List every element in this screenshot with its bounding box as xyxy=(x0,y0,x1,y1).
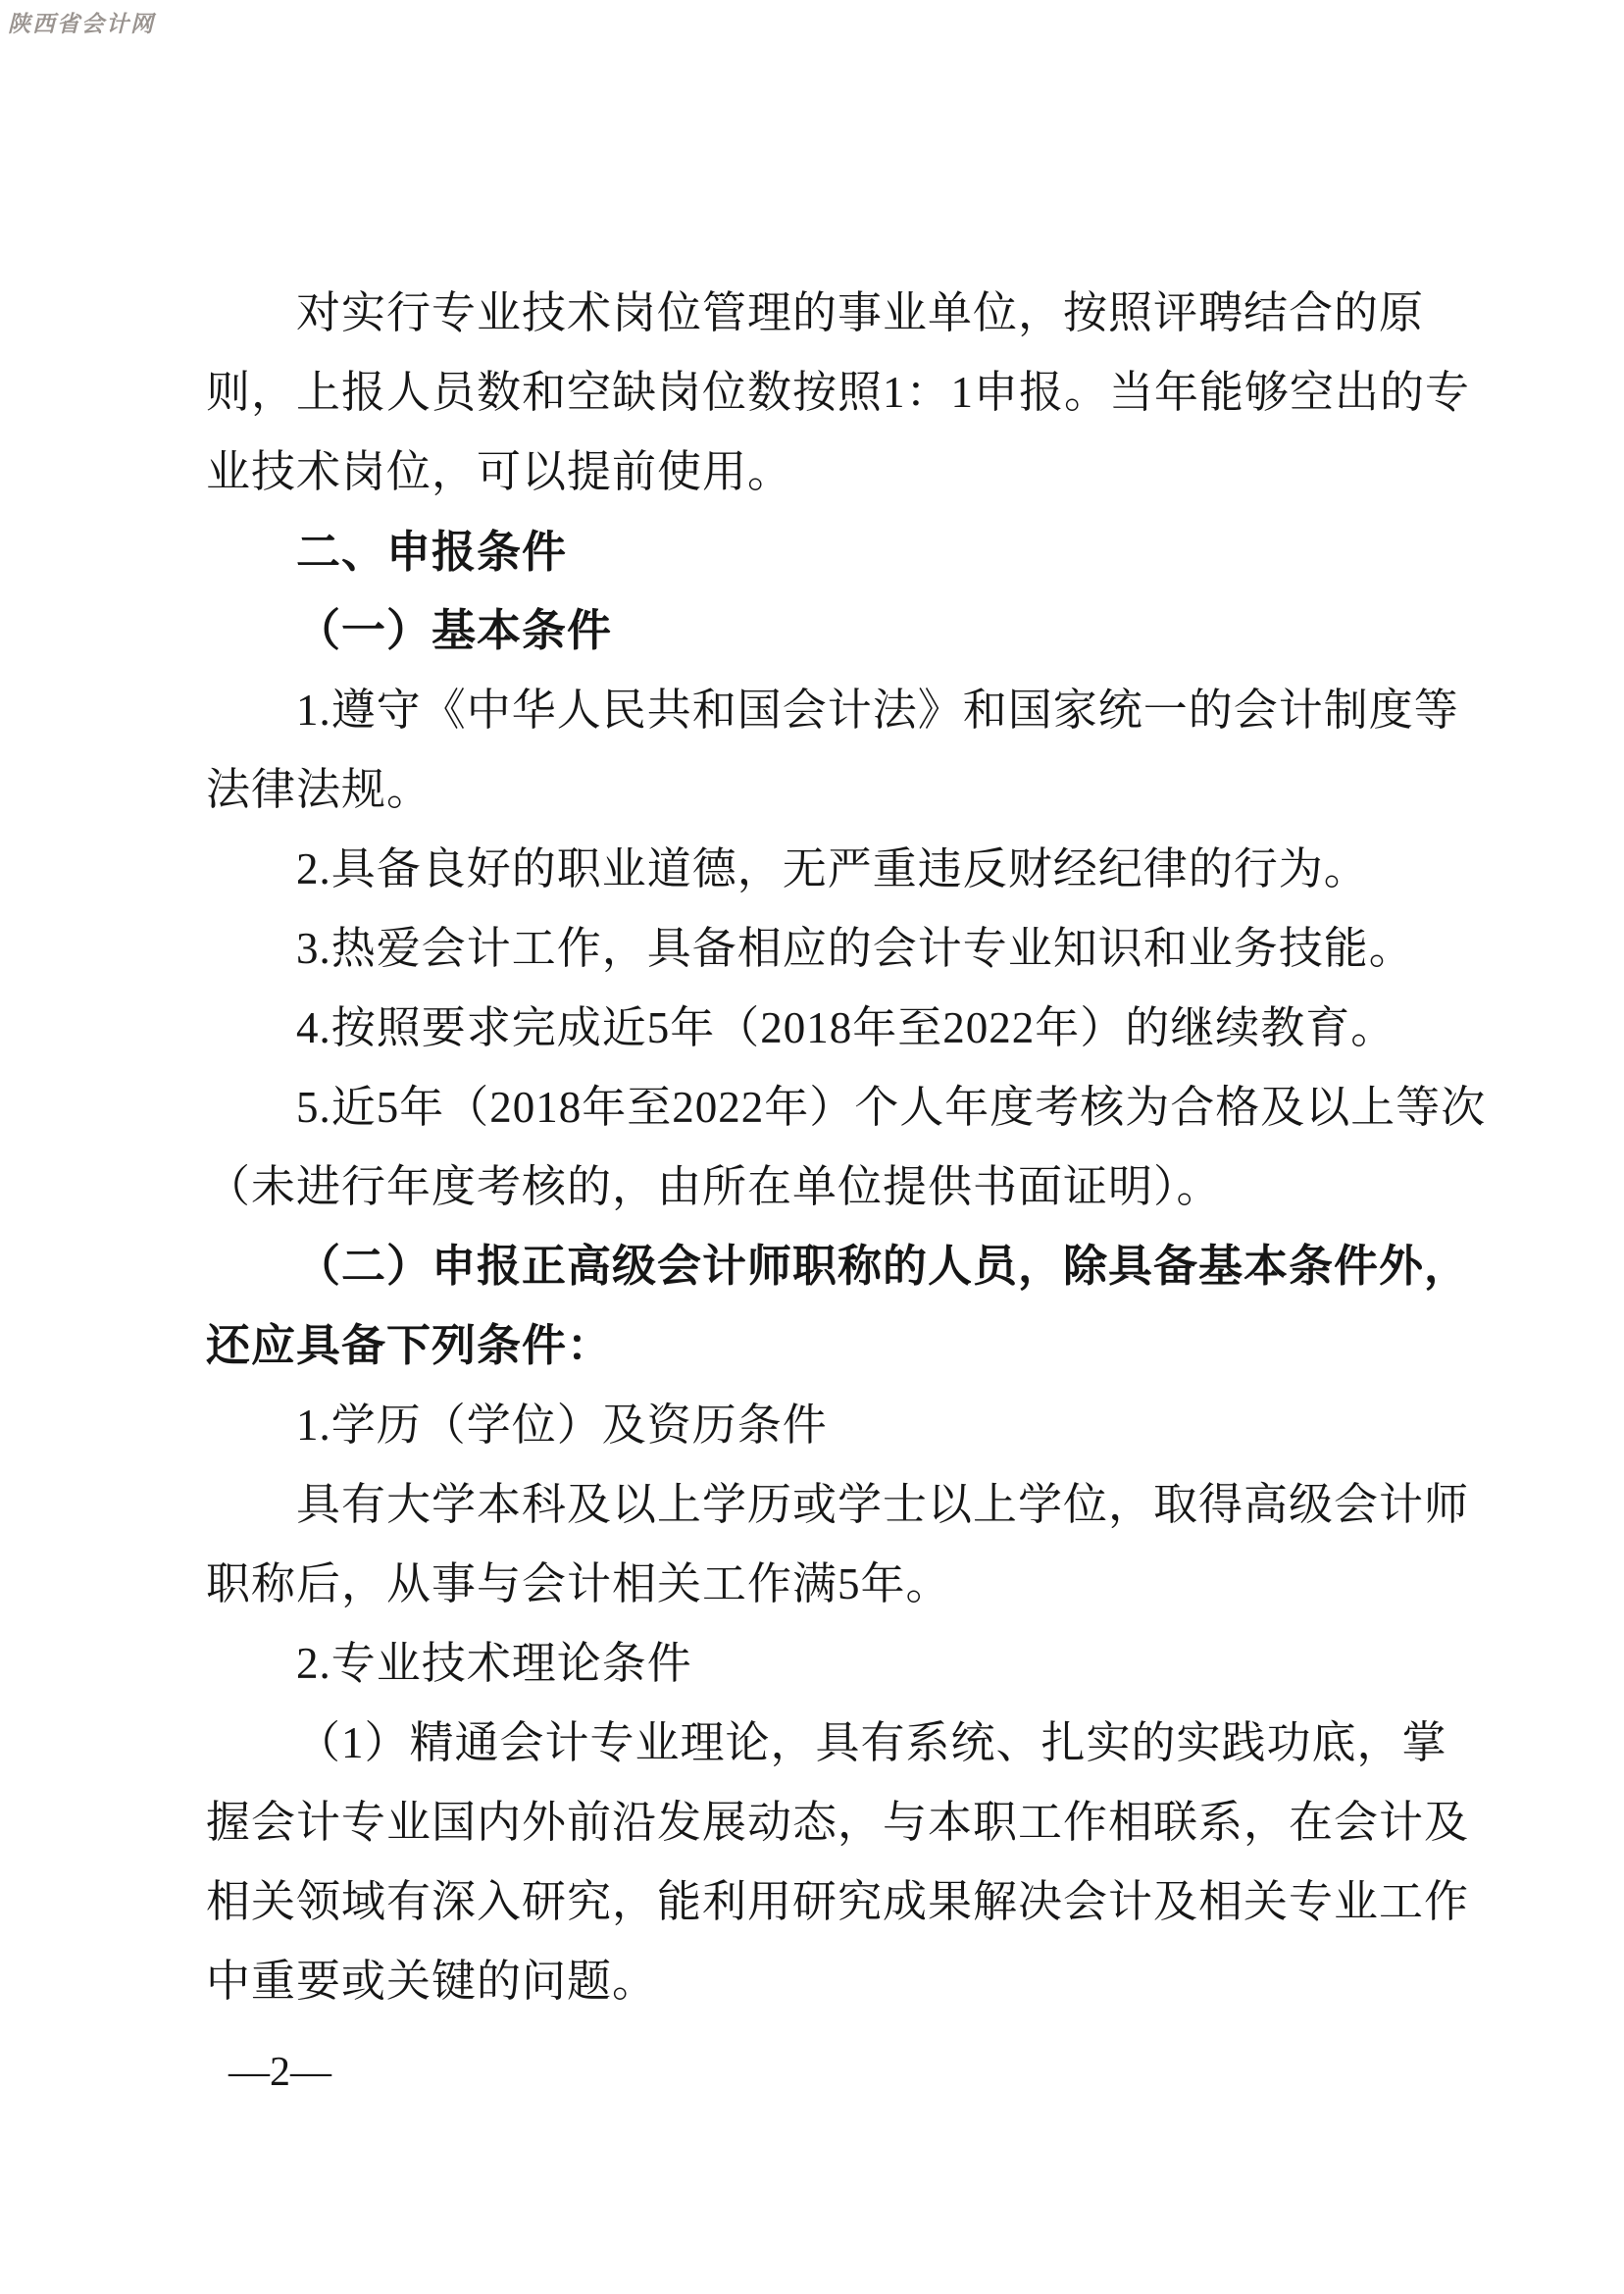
document-line: 二、申报条件 xyxy=(206,512,1432,591)
document-line: （未进行年度考核的，由所在单位提供书面证明）。 xyxy=(206,1147,1432,1227)
document-line: （二）申报正高级会计师职称的人员，除具备基本条件外， xyxy=(206,1227,1432,1306)
document-line: 职称后，从事与会计相关工作满5年。 xyxy=(206,1545,1432,1624)
document-line: 中重要或关键的问题。 xyxy=(206,1942,1432,2021)
document-line: 业技术岗位，可以提前使用。 xyxy=(206,433,1432,512)
document-line: 相关领域有深入研究，能利用研究成果解决会计及相关专业工作 xyxy=(206,1862,1432,1942)
watermark-text: 陕西省会计网 xyxy=(8,6,155,38)
document-line: （1）精通会计专业理论，具有系统、扎实的实践功底，掌 xyxy=(206,1704,1432,1783)
document-line: 对实行专业技术岗位管理的事业单位，按照评聘结合的原 xyxy=(206,274,1432,353)
document-line: 3.热爱会计工作，具备相应的会计专业知识和业务技能。 xyxy=(206,909,1432,989)
document-line: （一）基本条件 xyxy=(206,591,1432,671)
page-number: —2— xyxy=(228,2049,331,2096)
document-line: 2.具备良好的职业道德，无严重违反财经纪律的行为。 xyxy=(206,830,1432,909)
document-body: 对实行专业技术岗位管理的事业单位，按照评聘结合的原则，上报人员数和空缺岗位数按照… xyxy=(206,274,1432,2021)
document-line: 2.专业技术理论条件 xyxy=(206,1624,1432,1704)
document-line: 握会计专业国内外前沿发展动态，与本职工作相联系，在会计及 xyxy=(206,1783,1432,1862)
document-line: 4.按照要求完成近5年（2018年至2022年）的继续教育。 xyxy=(206,989,1432,1068)
document-line: 还应具备下列条件： xyxy=(206,1306,1432,1386)
document-line: 5.近5年（2018年至2022年）个人年度考核为合格及以上等次 xyxy=(206,1068,1432,1147)
document-page: 陕西省会计网 对实行专业技术岗位管理的事业单位，按照评聘结合的原则，上报人员数和… xyxy=(0,0,1624,2294)
document-line: 则，上报人员数和空缺岗位数按照1：1申报。当年能够空出的专 xyxy=(206,353,1432,433)
document-line: 1.学历（学位）及资历条件 xyxy=(206,1386,1432,1465)
document-line: 具有大学本科及以上学历或学士以上学位，取得高级会计师 xyxy=(206,1465,1432,1545)
document-line: 1.遵守《中华人民共和国会计法》和国家统一的会计制度等 xyxy=(206,671,1432,750)
document-line: 法律法规。 xyxy=(206,750,1432,830)
